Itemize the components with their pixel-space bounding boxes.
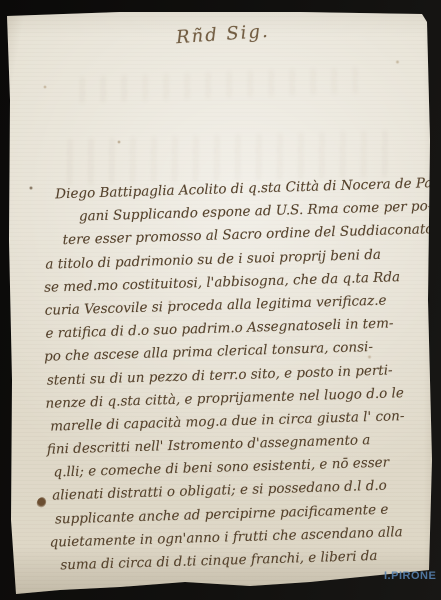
ink-spot: [395, 60, 400, 64]
photo-frame: Rñd Sig. Diego Battipaglia Acolito di q.…: [0, 0, 441, 600]
heading-inscription: Rñd Sig.: [175, 21, 270, 48]
ink-spot: [43, 85, 47, 89]
ink-spot: [117, 140, 121, 144]
ink-bleedthrough: [70, 67, 371, 103]
manuscript-text: Diego Battipaglia Acolito di q.sta Città…: [33, 172, 441, 578]
photo-watermark: I.PIRONE: [384, 570, 436, 582]
manuscript-page: Rñd Sig. Diego Battipaglia Acolito di q.…: [0, 0, 441, 600]
